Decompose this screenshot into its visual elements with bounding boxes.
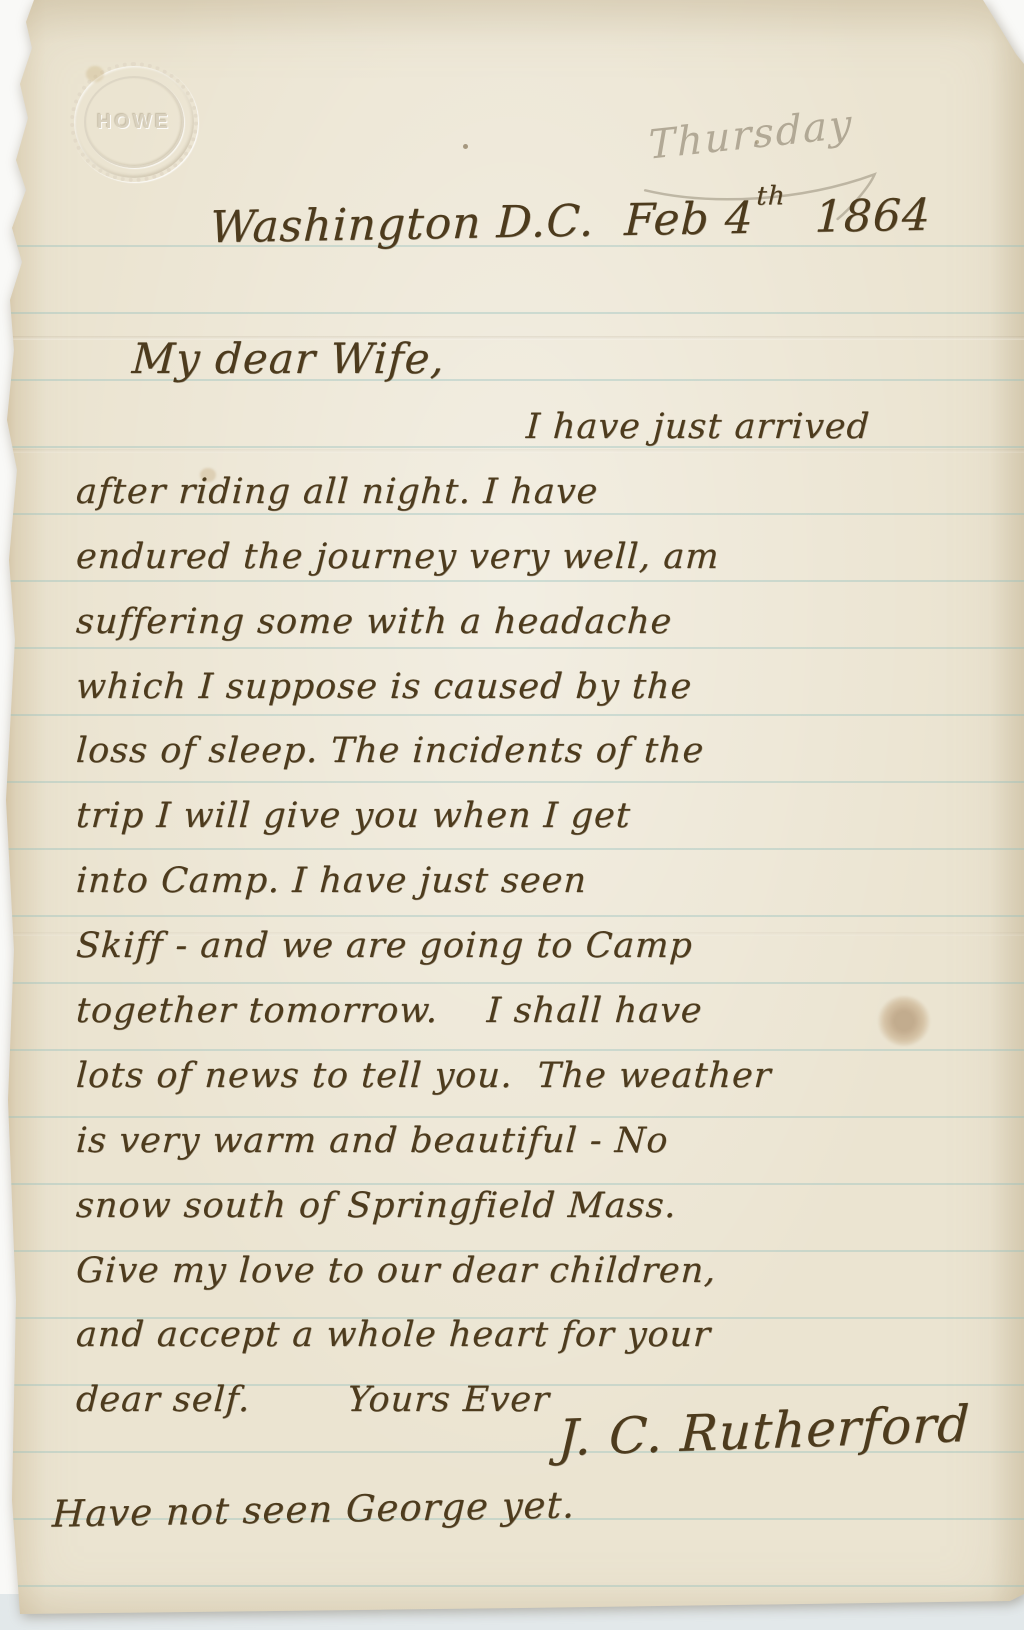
postscript: Have not seen George yet. <box>51 1483 576 1535</box>
handwriting-line: which I suppose is caused by the <box>74 655 1005 720</box>
handwriting-line: after riding all night. I have <box>74 460 1005 525</box>
foxing-spot <box>463 144 468 149</box>
handwriting-line: trip I will give you when I get <box>74 784 1005 849</box>
handwriting-line: loss of sleep. The incidents of the <box>74 719 1005 784</box>
handwriting-line: and accept a whole heart for your <box>74 1303 1005 1368</box>
dateline: Washington D.C. Feb 4th 1864 <box>209 190 932 254</box>
dateline-date: Feb 4th <box>624 192 786 246</box>
letter-body: I have just arrivedafter riding all nigh… <box>76 395 1004 1433</box>
letter-page: HOWE Thursday Washington D.C. Feb 4th 18… <box>0 0 1024 1630</box>
salutation: My dear Wife, <box>131 334 446 383</box>
handwriting-line: I have just arrived <box>74 395 1005 460</box>
handwriting-line: snow south of Springfield Mass. <box>74 1174 1005 1239</box>
handwriting-line: into Camp. I have just seen <box>74 849 1005 914</box>
handwriting-line: suffering some with a headache <box>74 590 1005 655</box>
paper-wrap: HOWE Thursday Washington D.C. Feb 4th 18… <box>0 0 1024 1630</box>
handwriting-line: Skiff - and we are going to Camp <box>74 914 1005 979</box>
dateline-year: 1864 <box>814 190 932 243</box>
handwriting-line: endured the journey very well, am <box>74 525 1005 590</box>
embossed-seal-ring <box>84 76 184 168</box>
handwriting-line: together tomorrow. I shall have <box>74 979 1005 1044</box>
dateline-place: Washington D.C. <box>209 196 595 254</box>
pencil-annotation: Thursday <box>648 101 854 169</box>
handwriting-line: is very warm and beautiful - No <box>74 1109 1005 1174</box>
foxing-spot <box>86 66 104 82</box>
dateline-ordinal-suffix: th <box>756 182 786 213</box>
letter-scan: HOWE Thursday Washington D.C. Feb 4th 18… <box>0 0 1024 1630</box>
handwriting-line: lots of news to tell you. The weather <box>74 1044 1005 1109</box>
handwriting-line: Give my love to our dear children, <box>74 1239 1005 1304</box>
